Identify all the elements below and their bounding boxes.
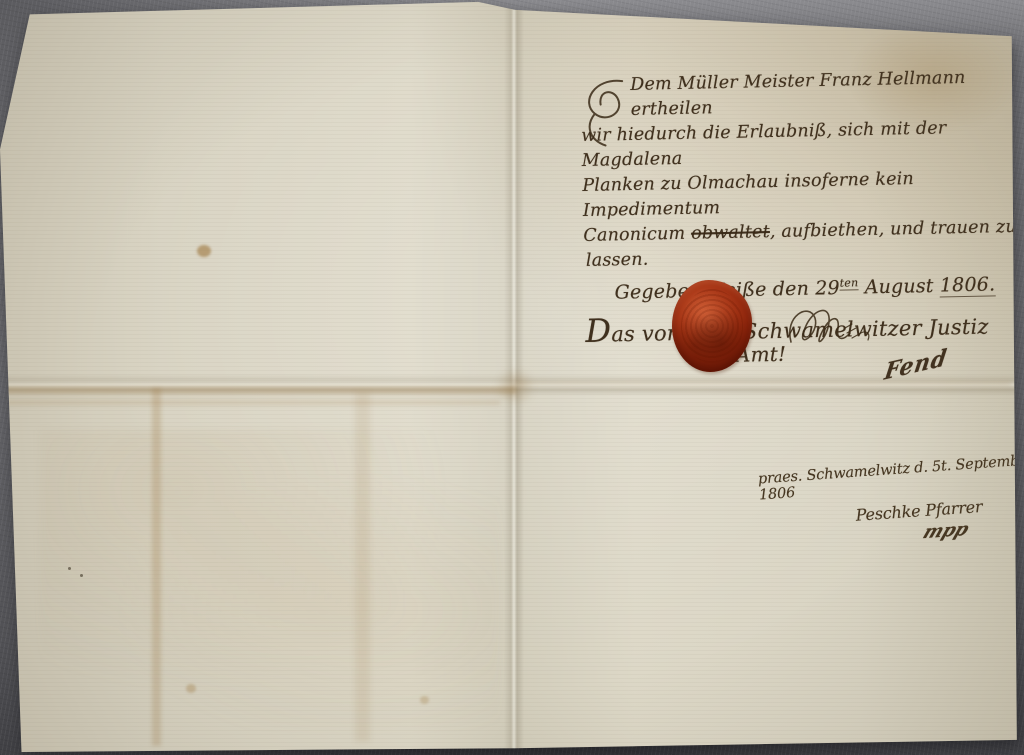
registration-note: praes. Schwamelwitz d. 5t. Septemb. 1806… bbox=[757, 453, 1024, 555]
paper-spot bbox=[197, 245, 211, 257]
fold-stain bbox=[152, 388, 161, 746]
horizontal-fold-crease bbox=[0, 374, 1024, 396]
monogram-signature-icon bbox=[779, 298, 879, 360]
document-paper: Dem Müller Meister Franz Hellmann erthei… bbox=[0, 0, 1024, 755]
ink-speck bbox=[68, 567, 71, 570]
struck-word: obwaltet bbox=[691, 222, 770, 244]
letter-line-segment: Canonicum bbox=[583, 224, 691, 246]
paper-stain bbox=[40, 430, 500, 730]
letter-line-segment: , aufbiethen, und trauen zu bbox=[770, 217, 1017, 242]
dateline-month: August bbox=[858, 275, 940, 299]
paper-spot bbox=[420, 696, 429, 704]
paper-spot bbox=[186, 684, 196, 693]
dateline-year: 1806. bbox=[940, 274, 996, 298]
fold-stain bbox=[0, 400, 500, 405]
letter-line: Dem Müller Meister Franz Hellmann erthei… bbox=[580, 65, 1023, 124]
fold-stain bbox=[355, 392, 370, 742]
letter-line: Planken zu Olmachau insoferne kein Imped… bbox=[582, 165, 1024, 224]
photo-scene: Dem Müller Meister Franz Hellmann erthei… bbox=[0, 0, 1024, 755]
dateline-ordinal: ten bbox=[840, 276, 859, 290]
letter-line: wir hiedurch die Erlaubniß, sich mit der… bbox=[581, 115, 1024, 174]
ink-speck bbox=[80, 574, 83, 577]
document-paper-wrap: Dem Müller Meister Franz Hellmann erthei… bbox=[0, 0, 1024, 755]
opening-flourish-icon bbox=[576, 75, 637, 148]
